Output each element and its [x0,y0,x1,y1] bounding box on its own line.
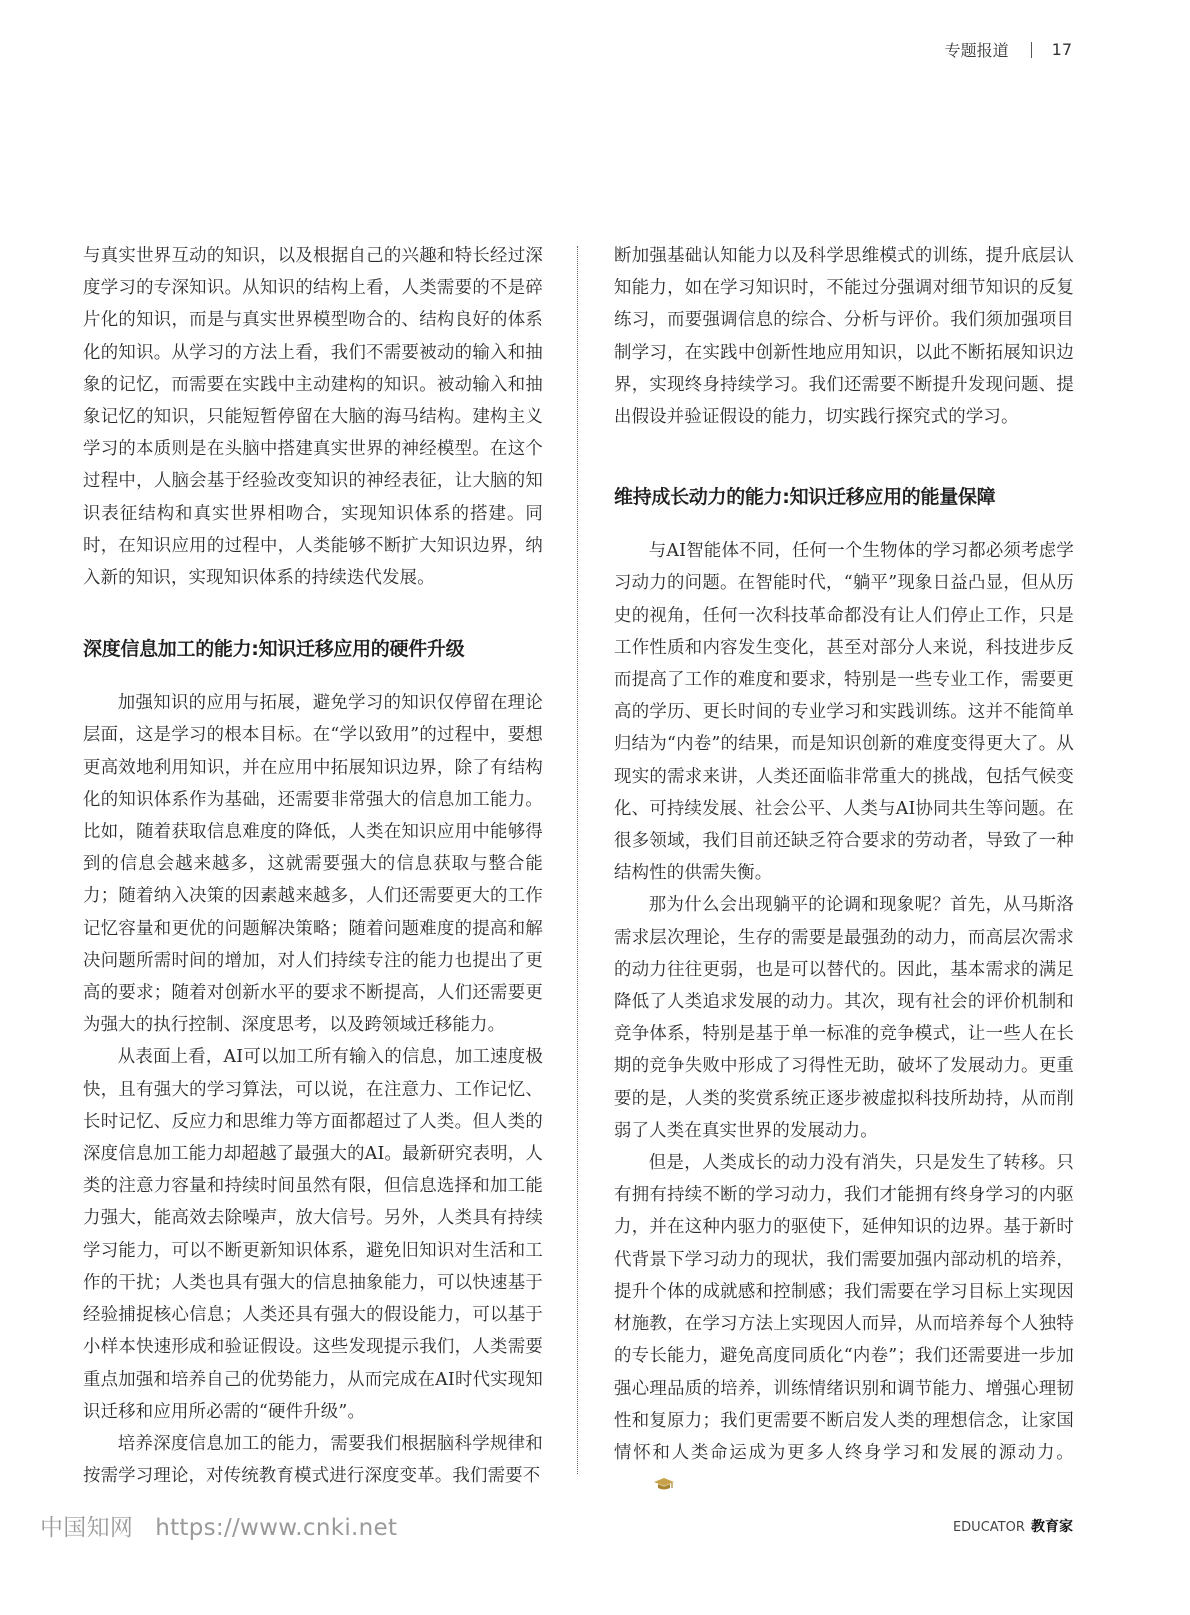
header-divider [1031,42,1032,58]
body-paragraph: 那为什么会出现躺平的论调和现象呢？首先，从马斯洛需求层次理论，生存的需要是最强劲… [614,889,1074,1147]
body-paragraph: 加强知识的应用与拓展，避免学习的知识仅停留在理论层面，这是学习的根本目标。在“学… [83,687,543,1041]
body-paragraph-final: 但是，人类成长的动力没有消失，只是发生了转移。只有拥有持续不断的学习动力，我们才… [614,1147,1074,1503]
magazine-name-en: EDUCATOR [953,1520,1025,1535]
section-title: 专题报道 [945,38,1009,61]
magazine-brand: EDUCATOR 教育家 [953,1516,1073,1536]
body-paragraph: 从表面上看，AI可以加工所有输入的信息，加工速度极快，且有强大的学习算法，可以说… [83,1041,543,1427]
left-column: 与真实世界互动的知识，以及根据自己的兴趣和特长经过深度学习的专深知识。从知识的结… [83,240,543,1492]
cnki-watermark: 中国知网https://www.cnki.net [40,1509,397,1542]
running-header: 专题报道 17 [945,38,1072,61]
body-paragraph: 与AI智能体不同，任何一个生物体的学习都必须考虑学习动力的问题。在智能时代，“躺… [614,535,1074,889]
final-paragraph-text: 但是，人类成长的动力没有消失，只是发生了转移。只有拥有持续不断的学习动力，我们才… [614,1153,1074,1463]
section-heading: 维持成长动力的能力:知识迁移应用的能量保障 [614,481,1074,513]
magazine-name-cn: 教育家 [1031,1519,1073,1535]
continued-paragraph: 与真实世界互动的知识，以及根据自己的兴趣和特长经过深度学习的专深知识。从知识的结… [83,240,543,594]
column-divider [577,246,578,1474]
body-paragraph: 培养深度信息加工的能力，需要我们根据脑科学规律和按需学习理论，对传统教育模式进行… [83,1428,543,1492]
continued-paragraph: 断加强基础认知能力以及科学思维模式的训练，提升底层认知能力，如在学习知识时，不能… [614,240,1074,433]
page-number: 17 [1052,40,1072,59]
graduation-cap-icon [618,1471,675,1503]
watermark-url: https://www.cnki.net [155,1515,397,1541]
watermark-name: 中国知网 [40,1515,133,1541]
right-column: 断加强基础认知能力以及科学思维模式的训练，提升底层认知能力，如在学习知识时，不能… [614,240,1074,1503]
section-heading: 深度信息加工的能力:知识迁移应用的硬件升级 [83,633,543,665]
